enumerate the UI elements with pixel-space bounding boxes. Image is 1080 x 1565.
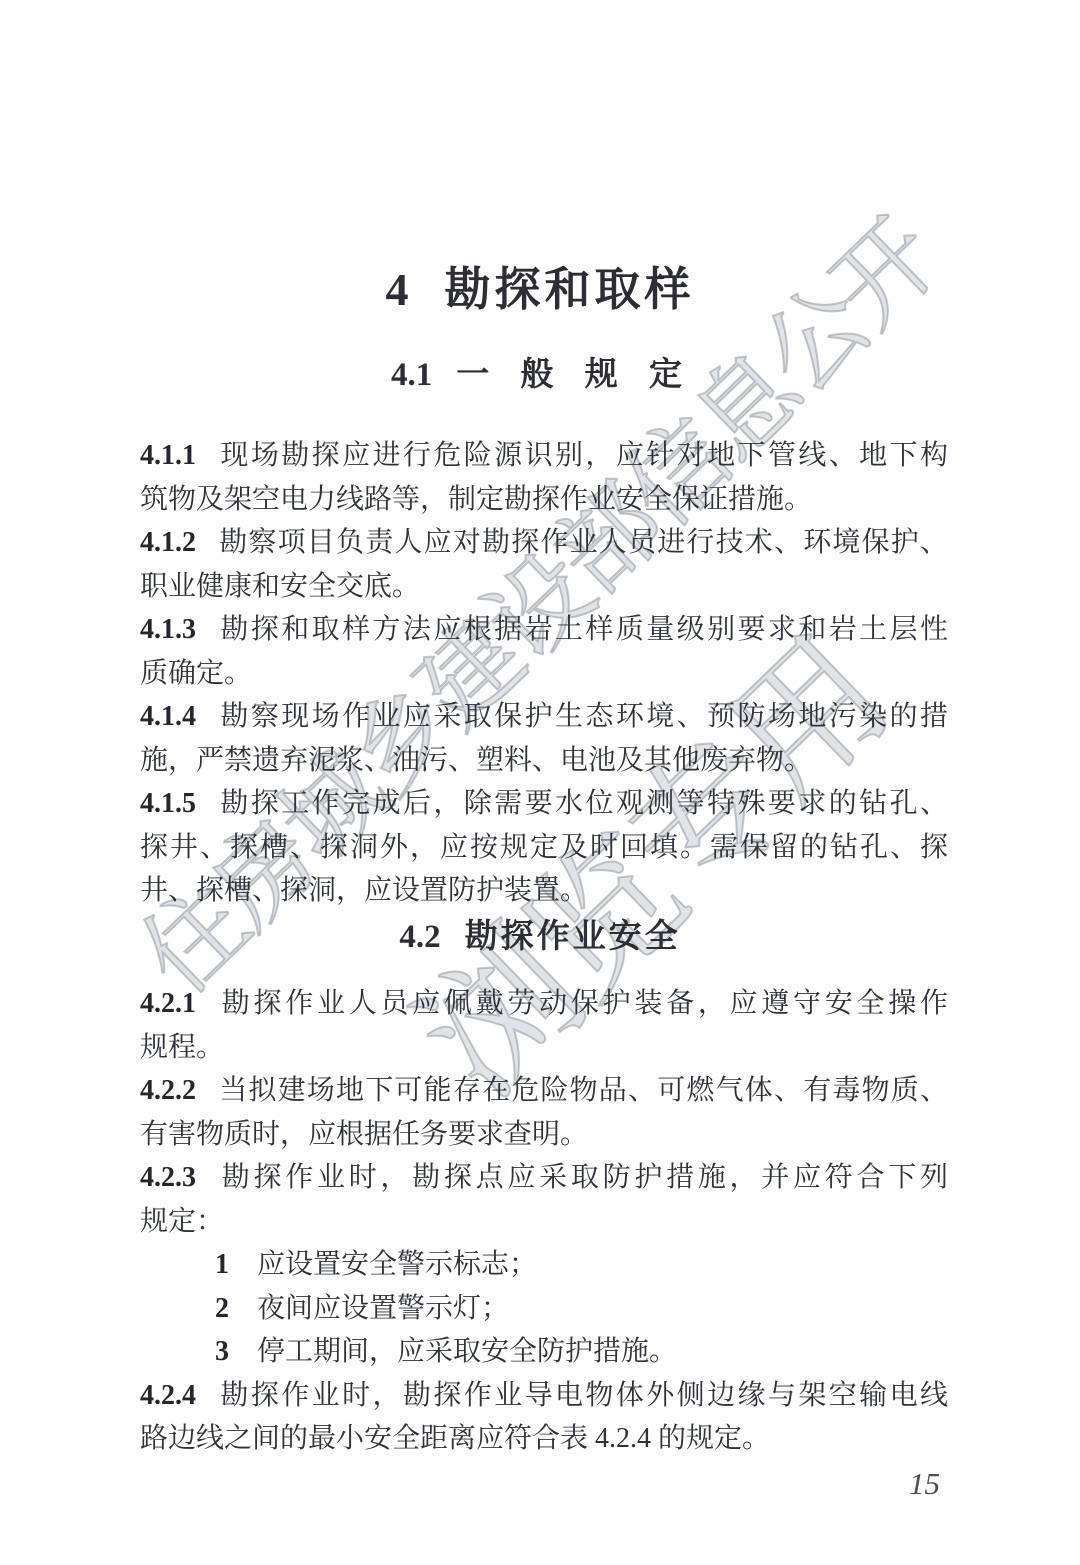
clause-line: 质确定。 xyxy=(140,652,948,696)
section-4-1-body: 4.1.1现场勘探应进行危险源识别，应针对地下管线、地下构 筑物及架空电力线路等… xyxy=(140,434,948,913)
list-item-text: 应设置安全警示标志； xyxy=(257,1249,537,1280)
clause-line: 规程。 xyxy=(140,1026,948,1070)
clause-line: 4.1.5勘探工作完成后，除需要水位观测等特殊要求的钻孔、 xyxy=(140,782,948,826)
clause-number: 4.2.4 xyxy=(140,1380,196,1411)
section-4-1-title: 一 般 规 定 xyxy=(456,357,689,393)
clause-line: 4.2.2当拟建场地下可能存在危险物品、可燃气体、有毒物质、 xyxy=(140,1069,948,1113)
list-item-number: 2 xyxy=(215,1293,229,1324)
clause-line: 有害物质时，应根据任务要求查明。 xyxy=(140,1113,948,1157)
clause-number: 4.2.3 xyxy=(140,1162,196,1193)
clause-line: 4.2.4勘探作业时，勘探作业导电物体外侧边缘与架空输电线 xyxy=(140,1374,948,1418)
clause-number: 4.1.4 xyxy=(140,701,196,732)
clause-text: 规定： xyxy=(140,1206,224,1237)
clause-line: 职业健康和安全交底。 xyxy=(140,565,948,609)
clause-line: 4.2.1勘探作业人员应佩戴劳动保护装备，应遵守安全操作 xyxy=(140,982,948,1026)
clause-text: 勘察项目负责人应对勘探作业人员进行技术、环境保护、 xyxy=(218,527,948,558)
clause-text: 勘察现场作业应采取保护生态环境、预防场地污染的措 xyxy=(218,701,948,732)
page-number: 15 xyxy=(909,1466,940,1502)
clause-number: 4.1.5 xyxy=(140,788,196,819)
list-item: 1应设置安全警示标志； xyxy=(140,1243,948,1287)
clause-text: 探井、探槽、探洞外，应按规定及时回填。需保留的钻孔、探 xyxy=(140,832,948,863)
list-item-text: 夜间应设置警示灯； xyxy=(257,1293,509,1324)
section-4-1-heading: 4.1一 般 规 定 xyxy=(0,356,1080,394)
chapter-heading: 4勘探和取样 xyxy=(0,264,1080,316)
clause-line: 4.1.3勘探和取样方法应根据岩土样质量级别要求和岩土层性 xyxy=(140,608,948,652)
chapter-title: 勘探和取样 xyxy=(445,264,695,315)
list-item-text: 停工期间，应采取安全防护措施。 xyxy=(257,1336,677,1367)
clause-number: 4.2.1 xyxy=(140,988,196,1019)
clause-text: 勘探作业人员应佩戴劳动保护装备，应遵守安全操作 xyxy=(218,988,948,1019)
list-item-number: 3 xyxy=(215,1336,229,1367)
list-item: 2夜间应设置警示灯； xyxy=(140,1287,948,1331)
section-4-1-number: 4.1 xyxy=(391,357,432,393)
clause-text: 勘探和取样方法应根据岩土样质量级别要求和岩土层性 xyxy=(218,614,948,645)
clause-text: 当拟建场地下可能存在危险物品、可燃气体、有毒物质、 xyxy=(218,1075,948,1106)
clause-text: 勘探作业时，勘探点应采取防护措施，并应符合下列 xyxy=(218,1162,948,1193)
clause-line: 4.1.1现场勘探应进行危险源识别，应针对地下管线、地下构 xyxy=(140,434,948,478)
clause-text: 路边线之间的最小安全距离应符合表 4.2.4 的规定。 xyxy=(140,1423,770,1454)
clause-number: 4.1.2 xyxy=(140,527,196,558)
section-4-2-heading: 4.2勘探作业安全 xyxy=(0,918,1080,956)
clause-line: 施，严禁遗弃泥浆、油污、塑料、电池及其他废弃物。 xyxy=(140,739,948,783)
clause-line: 4.1.2勘察项目负责人应对勘探作业人员进行技术、环境保护、 xyxy=(140,521,948,565)
document-page: 住房城乡建设部信息公开 浏览专用 4勘探和取样 4.1一 般 规 定 4.1.1… xyxy=(0,0,1080,1565)
clause-text: 质确定。 xyxy=(140,658,252,689)
clause-line: 井、探槽、探洞，应设置防护装置。 xyxy=(140,869,948,913)
clause-line: 筑物及架空电力线路等，制定勘探作业安全保证措施。 xyxy=(140,478,948,522)
list-item: 3停工期间，应采取安全防护措施。 xyxy=(140,1330,948,1374)
section-4-2-number: 4.2 xyxy=(399,919,440,955)
clause-line: 探井、探槽、探洞外，应按规定及时回填。需保留的钻孔、探 xyxy=(140,826,948,870)
list-item-number: 1 xyxy=(215,1249,229,1280)
clause-line: 4.2.3勘探作业时，勘探点应采取防护措施，并应符合下列 xyxy=(140,1156,948,1200)
clause-line: 4.1.4勘察现场作业应采取保护生态环境、预防场地污染的措 xyxy=(140,695,948,739)
clause-text: 职业健康和安全交底。 xyxy=(140,571,420,602)
clause-text: 规程。 xyxy=(140,1032,224,1063)
section-4-2-body: 4.2.1勘探作业人员应佩戴劳动保护装备，应遵守安全操作 规程。 4.2.2当拟… xyxy=(140,982,948,1461)
clause-text: 井、探槽、探洞，应设置防护装置。 xyxy=(140,875,588,906)
section-4-2-title: 勘探作业安全 xyxy=(465,919,681,955)
clause-line: 规定： xyxy=(140,1200,948,1244)
clause-number: 4.1.1 xyxy=(140,440,196,471)
clause-text: 筑物及架空电力线路等，制定勘探作业安全保证措施。 xyxy=(140,484,812,515)
clause-text: 勘探工作完成后，除需要水位观测等特殊要求的钻孔、 xyxy=(218,788,948,819)
clause-text: 勘探作业时，勘探作业导电物体外侧边缘与架空输电线 xyxy=(218,1380,948,1411)
clause-text: 施，严禁遗弃泥浆、油污、塑料、电池及其他废弃物。 xyxy=(140,745,812,776)
clause-text: 有害物质时，应根据任务要求查明。 xyxy=(140,1119,588,1150)
clause-line: 路边线之间的最小安全距离应符合表 4.2.4 的规定。 xyxy=(140,1417,948,1461)
chapter-number: 4 xyxy=(386,264,409,315)
clause-text: 现场勘探应进行危险源识别，应针对地下管线、地下构 xyxy=(218,440,948,471)
clause-number: 4.2.2 xyxy=(140,1075,196,1106)
clause-number: 4.1.3 xyxy=(140,614,196,645)
